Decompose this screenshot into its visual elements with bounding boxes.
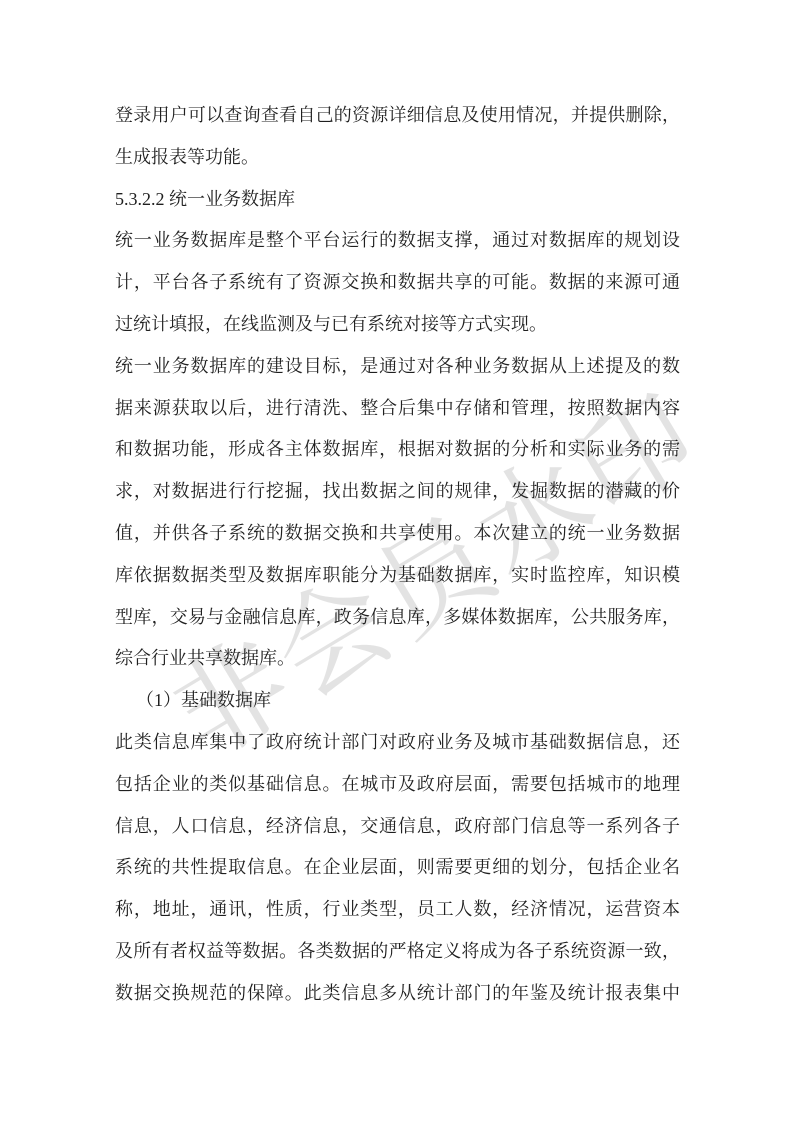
text-line: 和数据功能，形成各主体数据库，根据对数据的分析和实际业务的需 <box>115 429 680 471</box>
text-line: 及所有者权益等数据。各类数据的严格定义将成为各子系统资源一致， <box>115 931 680 973</box>
text-line: 值，并供各子系统的数据交换和共享使用。本次建立的统一业务数据 <box>115 513 680 555</box>
list-item-heading: （1）基础数据库 <box>115 680 680 722</box>
text-line: 此类信息库集中了政府统计部门对政府业务及城市基础数据信息，还 <box>115 722 680 764</box>
text-line: 求，对数据进行行挖掘，找出数据之间的规律，发掘数据的潜藏的价 <box>115 471 680 513</box>
text-line: 过统计填报，在线监测及与已有系统对接等方式实现。 <box>115 304 680 346</box>
text-line: 库依据数据类型及数据库职能分为基础数据库，实时监控库，知识模 <box>115 555 680 597</box>
text-line: 数据交换规范的保障。此类信息多从统计部门的年鉴及统计报表集中 <box>115 973 680 1015</box>
text-line: 包括企业的类似基础信息。在城市及政府层面，需要包括城市的地理 <box>115 764 680 806</box>
text-line: 系统的共性提取信息。在企业层面，则需要更细的划分，包括企业名 <box>115 847 680 889</box>
text-line: 据来源获取以后，进行清洗、整合后集中存储和管理，按照数据内容 <box>115 388 680 430</box>
text-line: 信息，人口信息，经济信息，交通信息，政府部门信息等一系列各子 <box>115 806 680 848</box>
document-body: 登录用户可以查询查看自己的资源详细信息及使用情况，并提供删除， 生成报表等功能。… <box>115 95 680 1015</box>
text-line: 统一业务数据库是整个平台运行的数据支撑，通过对数据库的规划设 <box>115 220 680 262</box>
text-line: 计，平台各子系统有了资源交换和数据共享的可能。数据的来源可通 <box>115 262 680 304</box>
document-page: 非会员水印 登录用户可以查询查看自己的资源详细信息及使用情况，并提供删除， 生成… <box>0 0 793 1122</box>
text-line: 称，地址，通讯，性质，行业类型，员工人数，经济情况，运营资本 <box>115 889 680 931</box>
text-line: 综合行业共享数据库。 <box>115 638 680 680</box>
text-line: 统一业务数据库的建设目标，是通过对各种业务数据从上述提及的数 <box>115 346 680 388</box>
text-line: 生成报表等功能。 <box>115 137 680 179</box>
text-line: 登录用户可以查询查看自己的资源详细信息及使用情况，并提供删除， <box>115 95 680 137</box>
text-line: 型库，交易与金融信息库，政务信息库，多媒体数据库，公共服务库， <box>115 597 680 639</box>
section-heading: 5.3.2.2 统一业务数据库 <box>115 179 680 221</box>
